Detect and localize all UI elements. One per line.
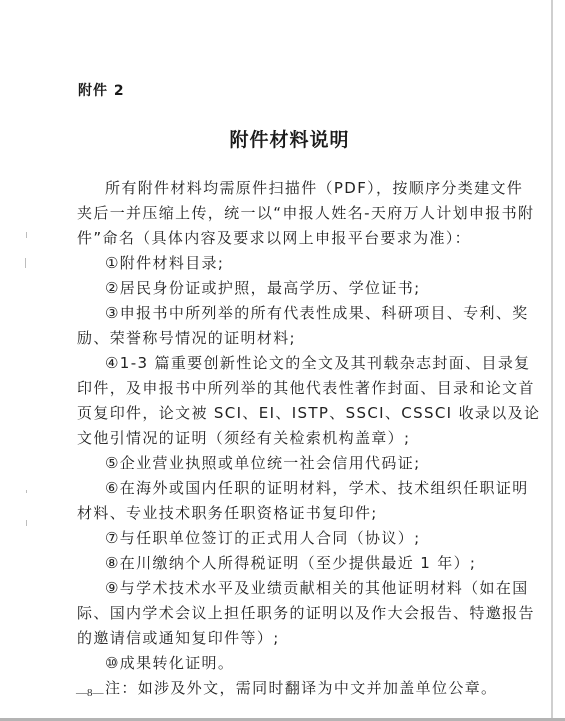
page-number: —8— [76,687,104,699]
list-item-4-line-1: ④1-3 篇重要创新性论文的全文及其刊载杂志封面、目录复 [77,351,485,376]
scan-artifact [25,258,26,268]
document-title: 附件材料说明 [0,125,565,152]
scan-artifact [26,490,27,493]
list-item-3-line-1: ③申报书中所列举的所有代表性成果、科研项目、专利、奖 [77,301,485,326]
note-line: 注：如涉及外文，需同时翻译为中文并加盖单位公章。 [77,676,485,701]
intro-line-1: 所有附件材料均需原件扫描件（PDF），按顺序分类建文件 [77,176,485,201]
list-item-5: ⑤企业营业执照或单位统一社会信用代码证; [77,451,485,476]
document-body: 所有附件材料均需原件扫描件（PDF），按顺序分类建文件 夹后一并压缩上传，统一以… [77,176,485,701]
intro-line-2: 夹后一并压缩上传，统一以“申报人姓名-天府万人计划申报书附 [77,201,485,226]
list-item-2: ②居民身份证或护照，最高学历、学位证书; [77,276,485,301]
list-item-9-line-2: 际、国内学术会议上担任职务的证明以及作大会报告、特邀报告 [77,601,485,626]
attachment-label: 附件 2 [78,80,125,100]
list-item-6-line-1: ⑥在海外或国内任职的证明材料，学术、技术组织任职证明 [77,476,485,501]
list-item-9-line-3: 的邀请信或通知复印件等）; [77,626,485,651]
scan-artifact [26,520,27,526]
list-item-1: ①附件材料目录; [77,251,485,276]
list-item-6-line-2: 材料、专业技术职务任职资格证书复印件; [77,501,485,526]
document-page: 附件 2 附件材料说明 所有附件材料均需原件扫描件（PDF），按顺序分类建文件 … [0,0,565,721]
scan-artifact [26,232,27,238]
list-item-10: ⑩成果转化证明。 [77,651,485,676]
intro-line-3: 件”命名（具体内容及要求以网上申报平台要求为准）： [77,226,485,251]
page-right-edge [551,0,553,719]
list-item-4-line-2: 印件，及申报书中所列举的其他代表性著作封面、目录和论文首 [77,376,485,401]
list-item-4-line-4: 文他引情况的证明（须经有关检索机构盖章）; [77,426,485,451]
list-item-3-line-2: 励、荣誉称号情况的证明材料; [77,326,485,351]
list-item-4-line-3: 页复印件，论文被 SCI、EI、ISTP、SSCI、CSSCI 收录以及论 [77,401,485,426]
list-item-8: ⑧在川缴纳个人所得税证明（至少提供最近 1 年）; [77,551,485,576]
list-item-9-line-1: ⑨与学术技术水平及业绩贡献相关的其他证明材料（如在国 [77,576,485,601]
list-item-7: ⑦与任职单位签订的正式用人合同（协议）; [77,526,485,551]
